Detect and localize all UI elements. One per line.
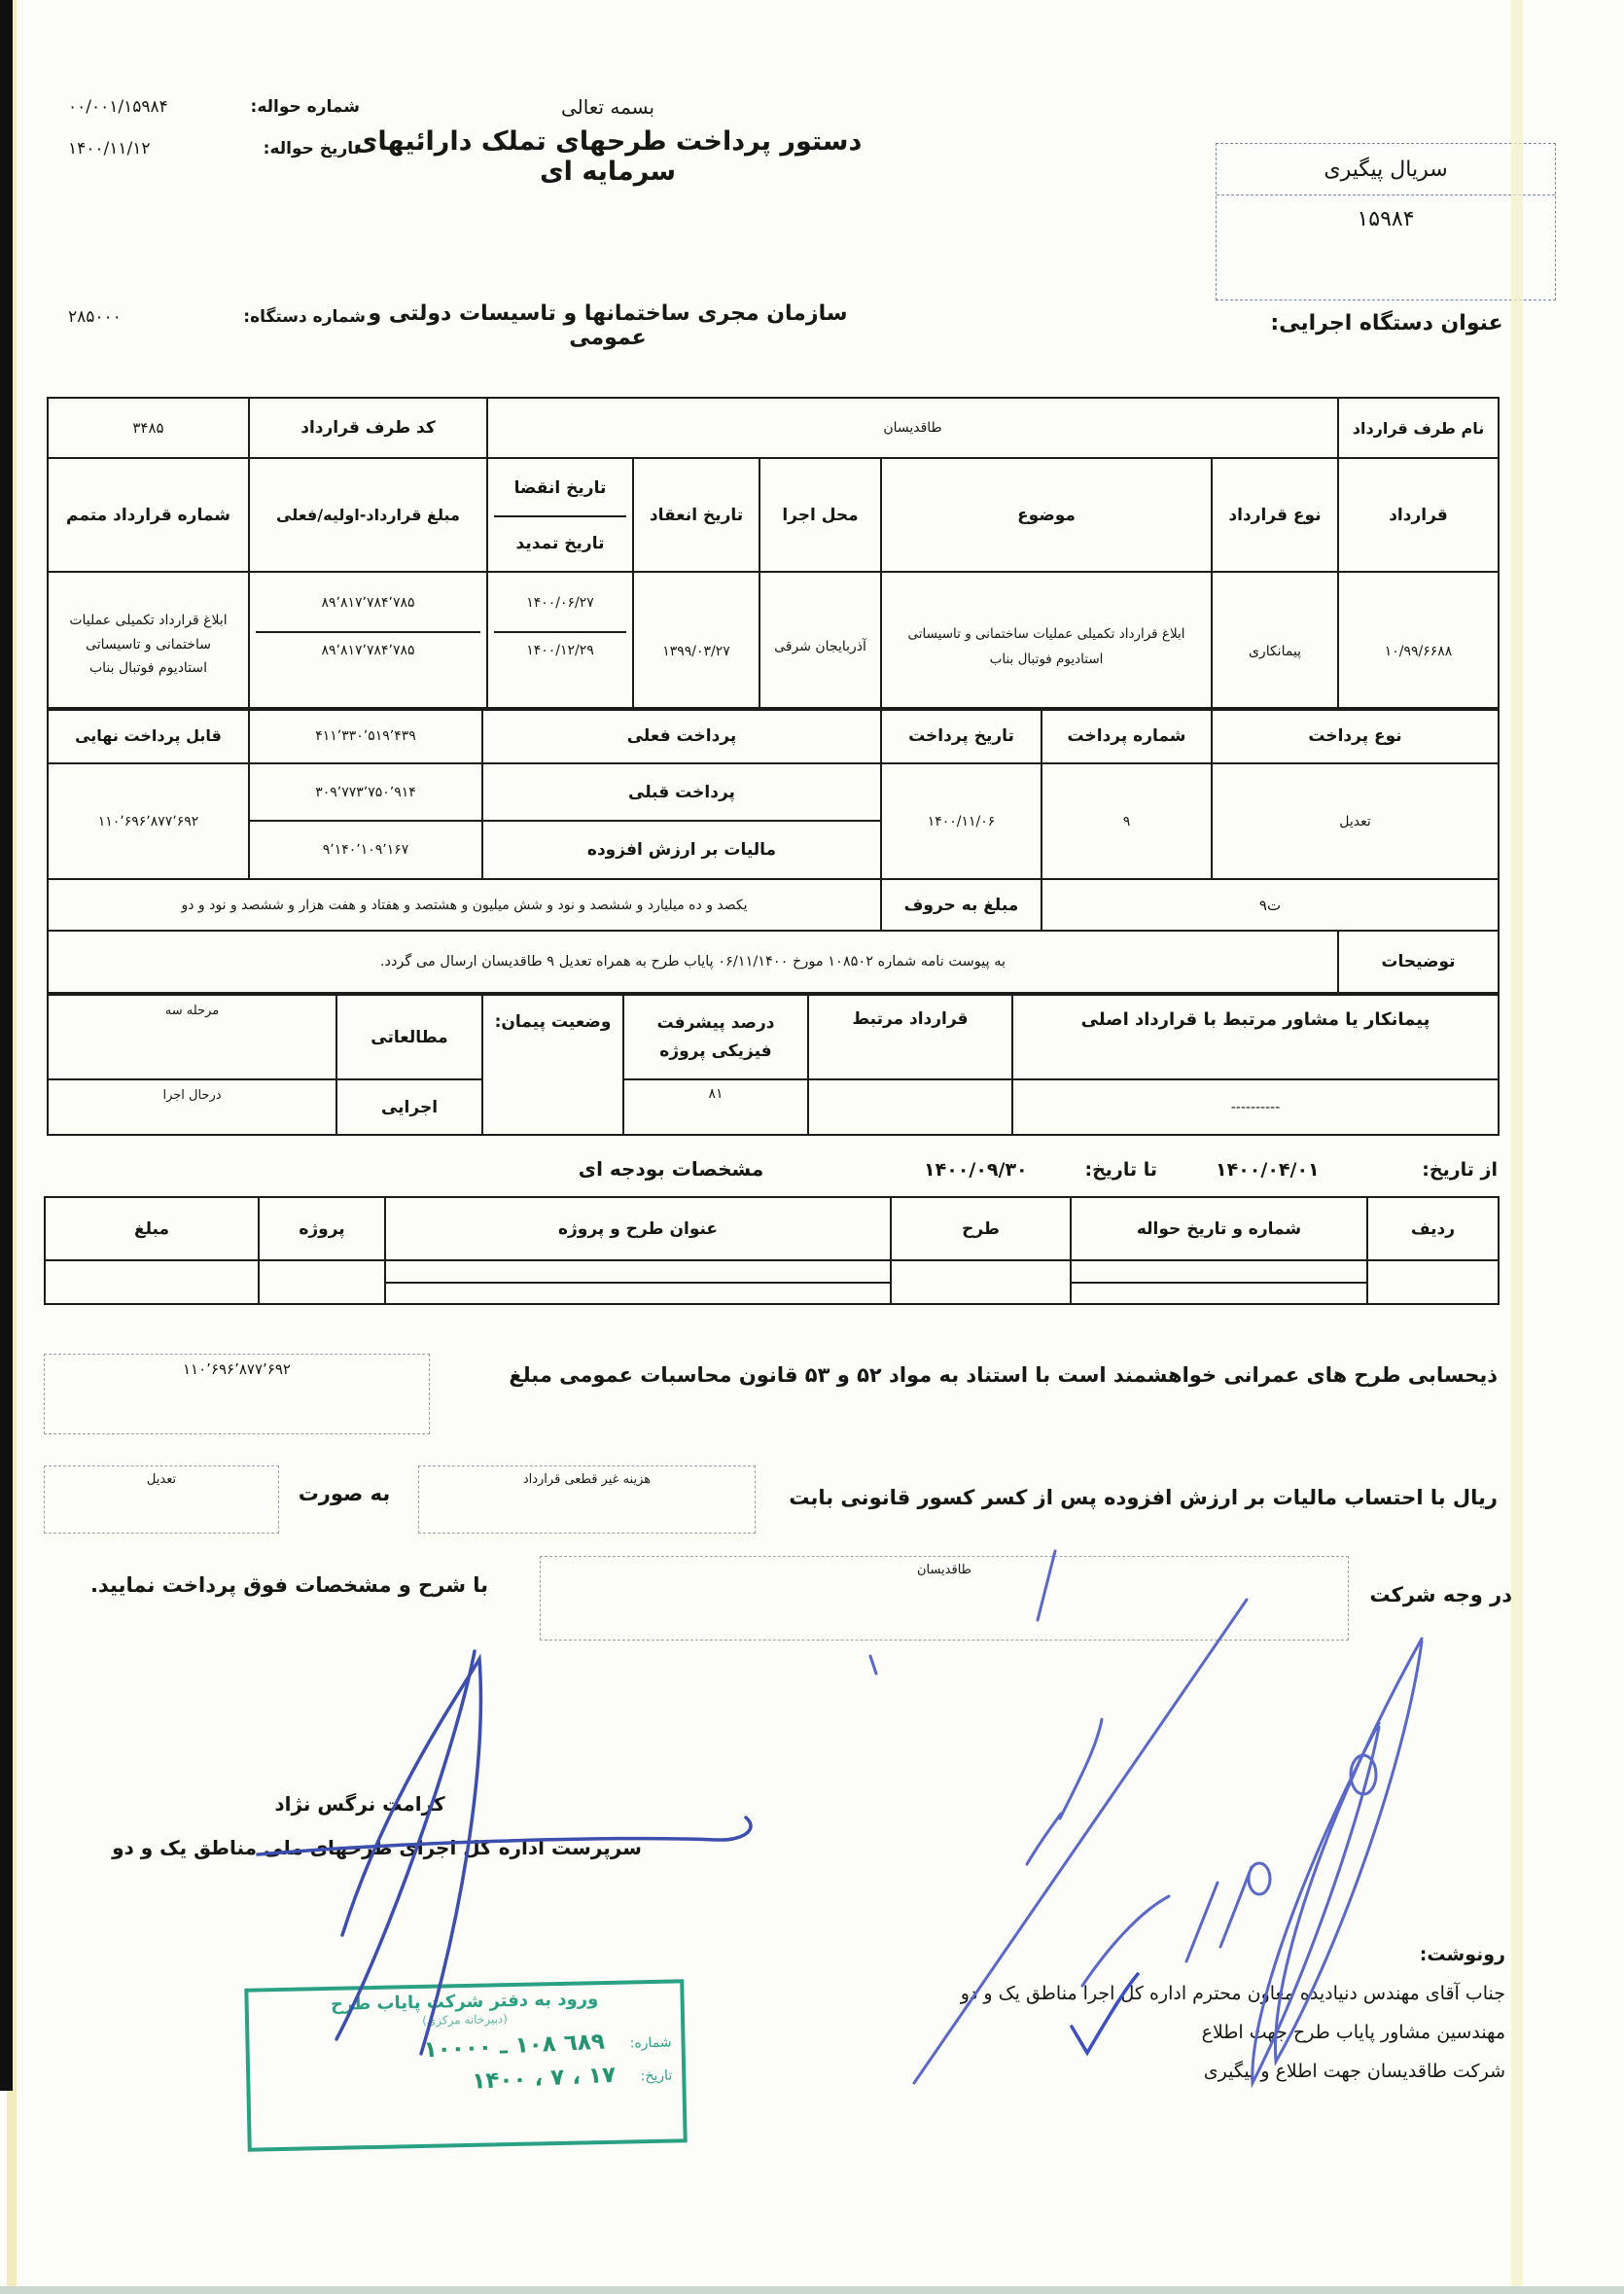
scan-fold-yellow-line [1511,0,1523,2294]
expiry-value: ۱۴۰۰/۰۶/۲۷ [494,575,626,633]
previous-payment-amount: ۳۰۹٬۷۷۳٬۷۵۰٬۹۱۴ [249,763,482,821]
budget-section-title: مشخصات بودجه ای [564,1157,778,1181]
vat-label: مالیات بر ارزش افزوده [482,821,881,879]
stamp-date-label: تاریخ: [641,2068,673,2085]
consultant-header: پیمانکار یا مشاور مرتبط با قرارداد اصلی [1012,995,1499,1079]
payment-date-value: ۱۴۰۰/۱۱/۰۶ [881,763,1041,879]
stamp-number-label: شماره: [629,2035,671,2052]
company-name-value: طاقدیسان [541,1557,1348,1577]
amount-words-label: مبلغ به حروف [881,879,1041,931]
budget-row-number-cell [1367,1260,1499,1304]
payment-header-row: نوع پرداخت شماره پرداخت تاریخ پرداخت پرد… [48,708,1499,763]
contract-party-row: نام طرف قرارداد طاقدیسان کد طرف قرارداد … [48,398,1499,458]
notes-table: توضیحات به پیوست نامه شماره ۱۰۸۵۰۲ مورخ … [47,930,1500,994]
sign-date-header: تاریخ انعقاد [633,458,759,572]
besmeh-text: بسمه تعالی [511,95,705,119]
current-payment-label: پرداخت فعلی [482,708,881,763]
expense-type-value: هزینه غیر قطعی قرارداد [419,1466,755,1487]
study-header: مطالعاتی [336,995,482,1079]
body-line-1: ذیحسابی طرح های عمرانی خواهشمند است با ا… [447,1363,1498,1387]
notes-row: توضیحات به پیوست نامه شماره ۱۰۸۵۰۲ مورخ … [48,931,1499,993]
budget-header-row: ردیف شماره و تاریخ حواله طرح عنوان طرح و… [45,1197,1499,1260]
party-code-value: ۳۴۸۵ [48,398,249,458]
previous-payment-label: پرداخت قبلی [482,763,881,821]
supplement-value: ابلاغ قرارداد تکمیلی عملیات ساختمانی و ت… [48,572,249,710]
contract-data-row: ۱۰/۹۹/۶۶۸۸ پیمانکاری ابلاغ قرارداد تکمیل… [48,572,1499,710]
budget-table: ردیف شماره و تاریخ حواله طرح عنوان طرح و… [44,1196,1500,1305]
contract-table: نام طرف قرارداد طاقدیسان کد طرف قرارداد … [47,397,1500,711]
adjustment-box: تعدیل [44,1465,279,1534]
notes-label: توضیحات [1338,931,1499,993]
besurat-label: به صورت [280,1482,408,1505]
amount-figure-box: ۱۱۰٬۶۹۶٬۸۷۷٬۶۹۲ [44,1354,430,1434]
extension-header: تاریخ تمدید [494,517,626,569]
progress-value: ۸۱ [623,1079,808,1135]
scanned-payment-order-document: شماره حواله: ۰۰/۰۰۱/۱۵۹۸۴ تاریخ حواله: ۱… [0,0,1624,2294]
status-data-row: ---------- ۸۱ اجرایی درحال اجرا [48,1079,1499,1135]
scan-edge-black-strip [0,0,13,2091]
contract-type-value: پیمانکاری [1212,572,1338,710]
havaleh-date-value: ۱۴۰۰/۱۱/۱۲ [68,139,151,159]
budget-empty-row-1 [45,1260,1499,1283]
havaleh-number-label: شماره حواله: [251,97,360,117]
amount-words-value: یکصد و ده میلیارد و ششصد و نود و شش میلی… [48,879,881,931]
stage-value: درحال اجرا [48,1079,336,1135]
payment-data-row: تعدیل ۹ ۱۴۰۰/۱۱/۰۶ پرداخت قبلی ۳۰۹٬۷۷۳٬۷… [48,763,1499,821]
document-title: دستور پرداخت طرحهای تملک دارائیهای سرمای… [306,126,909,187]
body-line-3: در وجه شرکت [1357,1583,1512,1606]
budget-havaleh-header: شماره و تاریخ حواله [1071,1197,1367,1260]
status-header-row: پیمانکار یا مشاور مرتبط با قرارداد اصلی … [48,995,1499,1079]
related-contract-value [808,1079,1012,1135]
company-name-box: طاقدیسان [540,1556,1349,1641]
signer-name: کرامت نرگس نژاد [243,1792,477,1816]
notes-value: به پیوست نامه شماره ۱۰۸۵۰۲ مورخ ۰۶/۱۱/۱۴… [48,931,1338,993]
havaleh-number-row: شماره حواله: ۰۰/۰۰۱/۱۵۹۸۴ [68,97,360,117]
contract-type-header: نوع قرارداد [1212,458,1338,572]
extension-value: ۱۴۰۰/۱۲/۲۹ [494,633,626,707]
serial-tracking-value: ۱۵۹۸۴ [1217,195,1555,231]
entry-stamp: ورود به دفتر شرکت پایاب طرح (دبیرخانه مر… [244,1979,687,2151]
consultant-value: ---------- [1012,1079,1499,1135]
budget-plan-cell [891,1260,1071,1304]
to-date-row: تا تاریخ: ۱۴۰۰/۰۹/۳۰ [924,1159,1157,1181]
havaleh-number-value: ۰۰/۰۰۱/۱۵۹۸۴ [68,97,168,117]
payment-type-header: نوع پرداخت [1212,708,1499,763]
cc-item-3: شرکت طاقدیسان جهت اطلاع و پیگیری [681,2052,1505,2091]
payment-date-header: تاریخ پرداخت [881,708,1041,763]
study-value: اجرایی [336,1079,482,1135]
party-code-label: کد طرف قرارداد [249,398,487,458]
stage-header: مرحله سه [48,995,336,1079]
amount-figure-value: ۱۱۰٬۶۹۶٬۸۷۷٬۶۹۲ [45,1355,429,1378]
expiry-extension-values: ۱۴۰۰/۰۶/۲۷ ۱۴۰۰/۱۲/۲۹ [487,572,633,710]
from-date-label: از تاریخ: [1422,1159,1498,1181]
location-header: محل اجرا [759,458,881,572]
budget-plan-title-cell-2 [385,1283,891,1304]
stamp-number-row: شماره: ٦٨٩ ۱۰۸ ـ ۱۰۰۰۰ [259,2030,671,2065]
stamp-date-row: تاریخ: ۱۷ ، ۷ ، ۱۴۰۰ [260,2064,672,2098]
budget-plan-title-header: عنوان طرح و پروژه [385,1197,891,1260]
expense-type-box: هزینه غیر قطعی قرارداد [418,1465,756,1534]
signer-title: سرپرست اداره کل اجرای طرحهای ملی مناطق ی… [53,1836,700,1859]
to-date-value: ۱۴۰۰/۰۹/۳۰ [924,1159,1028,1181]
organization-name: سازمان مجری ساختمانها و تاسیسات دولتی و … [360,301,856,350]
body-line-3b: با شرح و مشخصات فوق پرداخت نمایید. [53,1573,525,1597]
cc-label: رونوشت: [681,1935,1505,1974]
current-payment-amount: ۴۱۱٬۳۳۰٬۵۱۹٬۴۳۹ [249,708,482,763]
amount-in-words-row: ت۹ مبلغ به حروف یکصد و ده میلیارد و ششصد… [48,879,1499,931]
amount-values: ۸۹٬۸۱۷٬۷۸۴٬۷۸۵ ۸۹٬۸۱۷٬۷۸۴٬۷۸۵ [249,572,487,710]
sign-date-value: ۱۳۹۹/۰۳/۲۷ [633,572,759,710]
budget-row-number-header: ردیف [1367,1197,1499,1260]
payment-number-header: شماره پرداخت [1041,708,1212,763]
contract-status-header: وضعیت پیمان: [482,995,623,1135]
body-line-2: ریال با احتساب مالیات بر ارزش افزوده پس … [773,1486,1498,1509]
final-payable-label: قابل پرداخت نهایی [48,708,249,763]
budget-amount-cell [45,1260,259,1304]
stamp-date-value: ۱۷ ، ۷ ، ۱۴۰۰ [471,2063,616,2095]
agency-title-label: عنوان دستگاه اجرایی: [1259,311,1514,335]
from-date-value: ۱۴۰۰/۰۴/۰۱ [1216,1159,1320,1181]
from-date-row: از تاریخ: ۱۴۰۰/۰۴/۰۱ [1216,1159,1498,1181]
budget-havaleh-cell-2 [1071,1283,1367,1304]
stamp-number-value: ٦٨٩ ۱۰۸ ـ ۱۰۰۰۰ [423,2029,605,2064]
status-table: پیمانکار یا مشاور مرتبط با قرارداد اصلی … [47,994,1500,1136]
contract-header-row: قرارداد نوع قرارداد موضوع محل اجرا تاریخ… [48,458,1499,572]
cc-item-2: مهندسین مشاور پایاب طرح جهت اطلاع [681,2013,1505,2052]
related-contract-header: قرارداد مرتبط [808,995,1012,1079]
budget-project-cell [259,1260,385,1304]
final-payable-amount: ۱۱۰٬۶۹۶٬۸۷۷٬۶۹۲ [48,763,249,879]
amount-current-value: ۸۹٬۸۱۷٬۷۸۴٬۷۸۵ [256,633,480,707]
budget-havaleh-cell-1 [1071,1260,1367,1283]
scan-bottom-edge-line [0,2286,1624,2294]
cc-block: رونوشت: جناب آقای مهندس دنیادیده معاون م… [681,1935,1505,2091]
payment-table: نوع پرداخت شماره پرداخت تاریخ پرداخت پرد… [47,707,1500,932]
t9-note: ت۹ [1041,879,1499,931]
party-name-label: نام طرف قرارداد [1338,398,1499,458]
payment-type-value: تعدیل [1212,763,1499,879]
location-value: آذربایجان شرقی [759,572,881,710]
contract-number-value: ۱۰/۹۹/۶۶۸۸ [1338,572,1499,710]
device-number-label: شماره دستگاه: [243,307,366,327]
expiry-header: تاریخ انقضا [494,461,626,517]
amount-header: مبلغ قرارداد-اولیه/فعلی [249,458,487,572]
subject-header: موضوع [881,458,1212,572]
budget-project-header: پروژه [259,1197,385,1260]
serial-tracking-box: سریال پیگیری ۱۵۹۸۴ [1216,143,1556,300]
budget-plan-title-cell-1 [385,1260,891,1283]
to-date-label: تا تاریخ: [1084,1159,1157,1181]
expiry-extension-header: تاریخ انقضا تاریخ تمدید [487,458,633,572]
adjustment-value: تعدیل [45,1466,278,1487]
progress-header: درصد پیشرفت فیزیکی پروژه [623,995,808,1079]
serial-tracking-label: سریال پیگیری [1217,144,1555,195]
party-name-value: طاقدیسان [487,398,1338,458]
device-number-row: شماره دستگاه: ۲۸۵۰۰۰ [68,307,366,327]
subject-value: ابلاغ قرارداد تکمیلی عملیات ساختمانی و ت… [881,572,1212,710]
amount-initial-value: ۸۹٬۸۱۷٬۷۸۴٬۷۸۵ [256,575,480,633]
vat-amount: ۹٬۱۴۰٬۱۰۹٬۱۶۷ [249,821,482,879]
payment-number-value: ۹ [1041,763,1212,879]
budget-plan-header: طرح [891,1197,1071,1260]
device-number-value: ۲۸۵۰۰۰ [68,307,122,327]
cc-item-1: جناب آقای مهندس دنیادیده معاون محترم ادا… [681,1974,1505,2013]
budget-amount-header: مبلغ [45,1197,259,1260]
contract-col-header: قرارداد [1338,458,1499,572]
supplement-header: شماره قرارداد متمم [48,458,249,572]
